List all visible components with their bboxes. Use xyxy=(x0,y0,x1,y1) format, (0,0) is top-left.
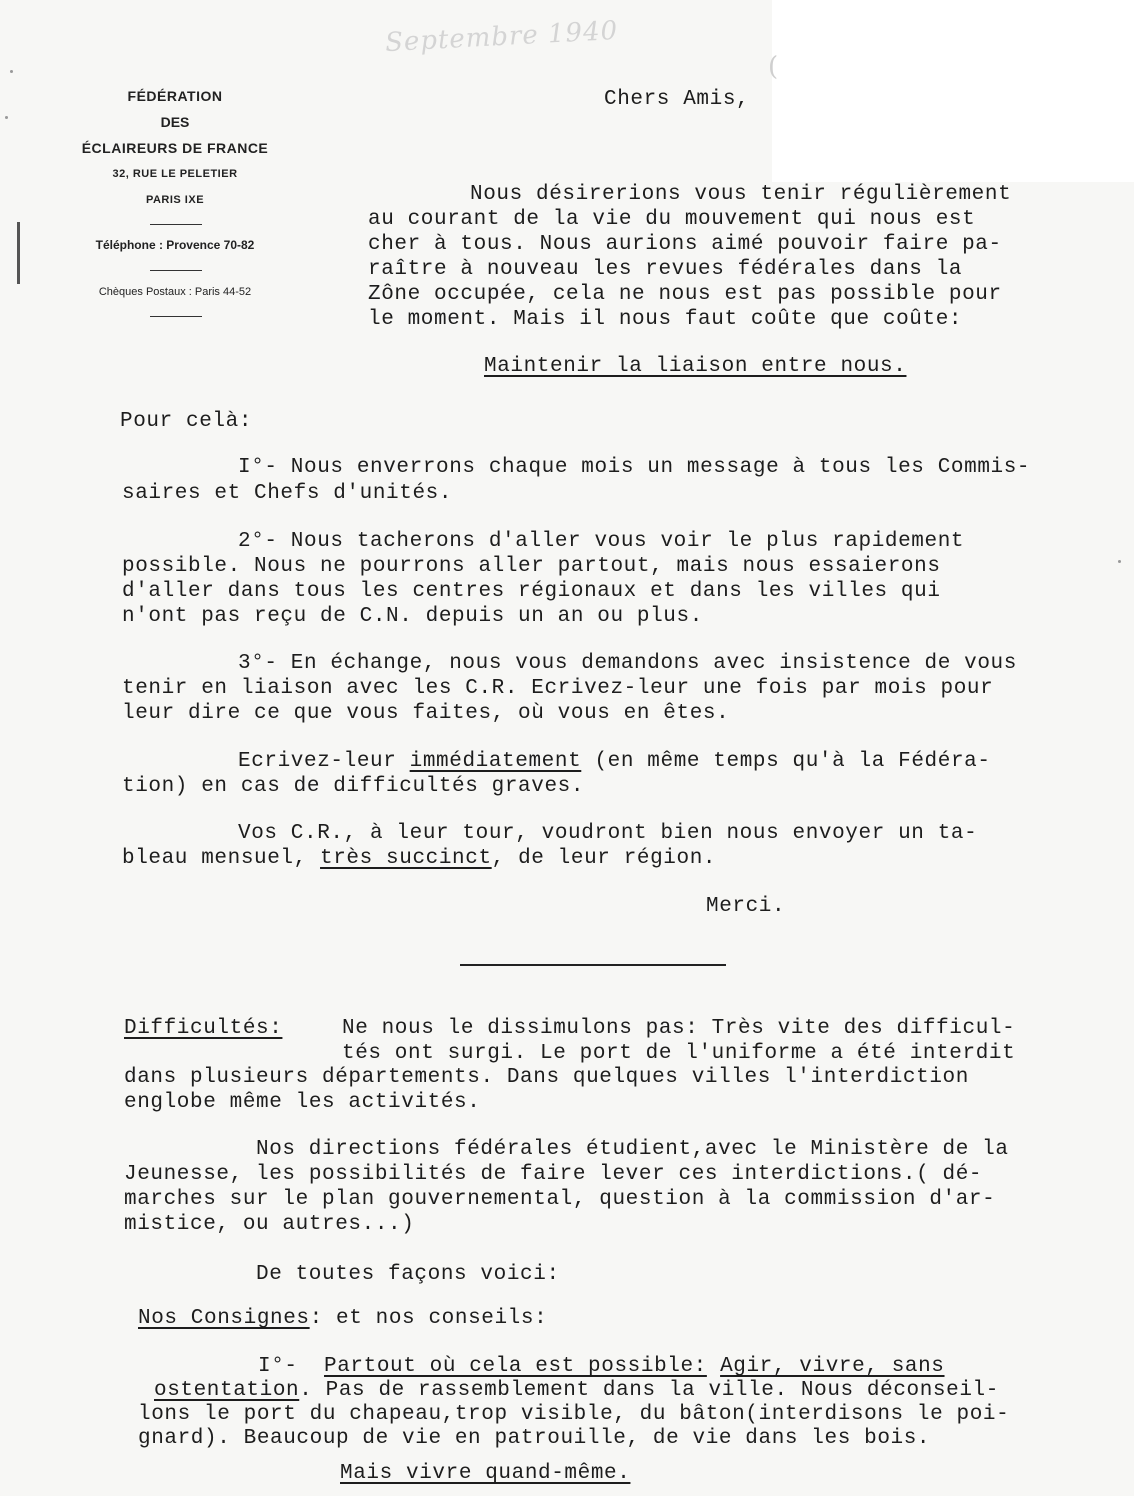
item-line: saires et Chefs d'unités. xyxy=(122,482,452,506)
pencil-mark: ( xyxy=(768,52,778,82)
letterhead-city: PARIS IXE xyxy=(50,194,300,206)
cr-report-suffix: , de leur région. xyxy=(492,847,716,870)
scan-speck xyxy=(10,70,13,73)
section-divider xyxy=(460,964,726,966)
letterhead-address: 32, RUE LE PELETIER xyxy=(50,168,300,180)
difficultes-line: dans plusieurs départements. Dans quelqu… xyxy=(124,1066,969,1090)
consigne-emphasis: Agir, vivre, sans xyxy=(720,1355,944,1378)
cr-report-prefix: bleau mensuel, xyxy=(122,847,320,870)
item-line: tenir en liaison avec les C.R. Ecrivez-l… xyxy=(122,677,993,701)
item-line: n'ont pas reçu de C.N. depuis un an ou p… xyxy=(122,605,703,629)
directions-line: marches sur le plan gouvernemental, ques… xyxy=(124,1188,995,1212)
item-line: 2°- Nous tacherons d'aller vous voir le … xyxy=(238,530,964,554)
binder-hole-mark xyxy=(17,222,20,284)
difficultes-line: Ne nous le dissimulons pas: Très vite de… xyxy=(342,1017,1015,1041)
difficultes-line: tés ont surgi. Le port de l'uniforme a é… xyxy=(342,1042,1015,1066)
consigne-line: gnard). Beaucoup de vie en patrouille, d… xyxy=(138,1427,930,1451)
intro-line: Nous désirerions vous tenir régulièremen… xyxy=(470,183,1011,207)
cr-report-line: bleau mensuel, très succinct, de leur ré… xyxy=(122,847,716,871)
consignes-label: Nos Consignes xyxy=(138,1307,310,1330)
urgent-line: tion) en cas de difficultés graves. xyxy=(122,775,584,799)
intro-line: le moment. Mais il nous faut coûte que c… xyxy=(368,308,962,332)
urgent-emphasis: immédiatement xyxy=(410,750,582,773)
urgent-suffix: (en même temps qu'à la Fédéra- xyxy=(581,750,990,773)
letterhead-divider xyxy=(150,316,202,317)
letterhead-divider xyxy=(150,224,202,225)
consignes-suffix: : et nos conseils: xyxy=(310,1307,548,1330)
section-heading-pour-cela: Pour celà: xyxy=(120,410,252,434)
letterhead-org-line1: FÉDÉRATION xyxy=(50,88,300,104)
item-line: possible. Nous ne pourrons aller partout… xyxy=(122,555,941,579)
intro-line: au courant de la vie du mouvement qui no… xyxy=(368,208,975,232)
letterhead-org-line2: DES xyxy=(50,114,300,130)
item-line: leur dire ce que vous faites, où vous en… xyxy=(122,702,729,726)
intro-line: raître à nouveau les revues fédérales da… xyxy=(368,258,962,282)
consigne-number: I°- xyxy=(258,1355,298,1378)
scan-white-patch xyxy=(772,0,1134,182)
difficultes-line: englobe même les activités. xyxy=(124,1091,480,1115)
consignes-heading: Nos Consignes: et nos conseils: xyxy=(138,1307,547,1331)
urgent-prefix: Ecrivez-leur xyxy=(238,750,410,773)
motto: Maintenir la liaison entre nous. xyxy=(484,355,906,379)
voici-line: De toutes façons voici: xyxy=(256,1263,560,1287)
consigne-rest: . Pas de rassemblement dans la ville. No… xyxy=(299,1379,999,1402)
difficultes-label: Difficultés: xyxy=(124,1017,282,1041)
thanks: Merci. xyxy=(706,895,785,919)
item-line: d'aller dans tous les centres régionaux … xyxy=(122,580,941,604)
consigne-closing: Mais vivre quand-même. xyxy=(340,1462,630,1486)
consigne-emphasis: ostentation xyxy=(154,1379,299,1402)
item-line: I°- Nous enverrons chaque mois un messag… xyxy=(238,456,1030,480)
consigne-emphasis: Partout où cela est possible: xyxy=(324,1355,707,1378)
scan-speck xyxy=(5,116,8,119)
directions-line: Jeunesse, les possibilités de faire leve… xyxy=(124,1163,982,1187)
intro-line: Zône occupée, cela ne nous est pas possi… xyxy=(368,283,1002,307)
consigne-line: ostentation. Pas de rassemblement dans l… xyxy=(154,1379,999,1403)
letterhead-org-line3: ÉCLAIREURS DE FRANCE xyxy=(50,140,300,156)
cr-report-line: Vos C.R., à leur tour, voudront bien nou… xyxy=(238,822,977,846)
salutation: Chers Amis, xyxy=(604,88,749,112)
consigne-line: I°- Partout où cela est possible: Agir, … xyxy=(258,1355,945,1379)
consigne-line: lons le port du chapeau,trop visible, du… xyxy=(138,1403,1009,1427)
item-line: 3°- En échange, nous vous demandons avec… xyxy=(238,652,1017,676)
directions-line: mistice, ou autres...) xyxy=(124,1213,414,1237)
letterhead-cheques: Chèques Postaux : Paris 44-52 xyxy=(50,286,300,298)
scan-speck xyxy=(1118,560,1121,563)
pencil-date-annotation: Septembre 1940 xyxy=(384,16,618,58)
letterhead-telephone: Téléphone : Provence 70-82 xyxy=(50,238,300,252)
directions-line: Nos directions fédérales étudient,avec l… xyxy=(256,1138,1009,1162)
intro-line: cher à tous. Nous aurions aimé pouvoir f… xyxy=(368,233,1002,257)
letter-page: Septembre 1940 ( FÉDÉRATION DES ÉCLAIREU… xyxy=(0,0,1134,1496)
letterhead-divider xyxy=(150,270,202,271)
cr-report-emphasis: très succinct xyxy=(320,847,492,870)
urgent-line: Ecrivez-leur immédiatement (en même temp… xyxy=(238,750,991,774)
